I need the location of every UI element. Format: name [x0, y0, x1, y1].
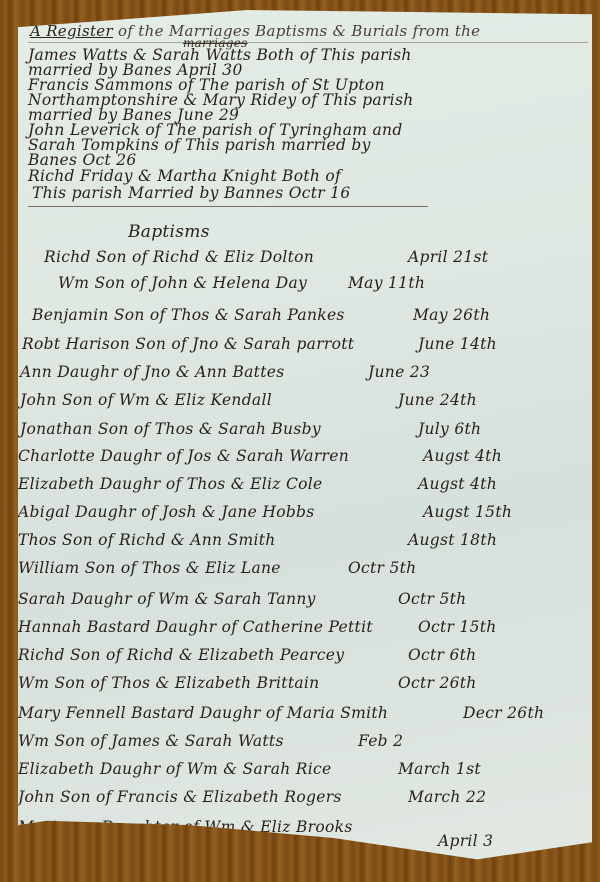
baptism-date: Feb 2	[358, 732, 403, 750]
baptism-entry: Jonathan Son of Thos & Sarah Busby	[20, 420, 321, 438]
baptism-date: Octr 26th	[398, 674, 477, 692]
baptism-entry: Abigal Daughr of Josh & Jane Hobbs	[18, 503, 315, 521]
marriage-line: This parish Married by Bannes Octr 16	[32, 184, 351, 202]
baptism-entry: Robt Harison Son of Jno & Sarah parrott	[22, 335, 354, 353]
baptism-date: June 24th	[398, 391, 477, 409]
baptism-date: June 14th	[418, 335, 497, 353]
baptism-date: Octr 15th	[418, 618, 497, 636]
baptism-date: March 1st	[398, 760, 481, 778]
baptism-entry: Benjamin Son of Thos & Sarah Pankes	[32, 306, 345, 324]
baptism-entry: Elizabeth Daughr of Thos & Eliz Cole	[18, 475, 322, 493]
baptism-date: Augst 18th	[408, 531, 497, 549]
baptism-date: Augst 4th	[418, 475, 497, 493]
section-divider	[28, 206, 428, 207]
baptism-entry: Richd Son of Richd & Elizabeth Pearcey	[18, 646, 344, 664]
baptism-date: Octr 6th	[408, 646, 476, 664]
title-rule	[28, 42, 588, 43]
register-page: A Register of the Marriages Baptisms & B…	[18, 10, 592, 868]
baptisms-heading: Baptisms	[128, 222, 210, 242]
baptism-entry: Wm Son of James & Sarah Watts	[18, 732, 284, 750]
baptism-entry: Mary Fennell Bastard Daughr of Maria Smi…	[18, 704, 388, 722]
baptism-entry: Wm Son of Thos & Elizabeth Brittain	[18, 674, 319, 692]
register-title: A Register of the Marriages Baptisms & B…	[30, 22, 480, 40]
baptism-entry: William Son of Thos & Eliz Lane	[18, 559, 281, 577]
baptism-date: Augst 15th	[423, 503, 512, 521]
baptism-entry: Thos Son of Richd & Ann Smith	[18, 531, 276, 549]
baptism-date: April 3	[438, 832, 493, 850]
baptism-entry: Richd Son of Richd & Eliz Dolton	[44, 248, 314, 266]
baptism-entry: John Son of Francis & Elizabeth Rogers	[18, 788, 342, 806]
baptism-date: Octr 5th	[398, 590, 466, 608]
baptism-date: Augst 4th	[423, 447, 502, 465]
baptism-date: July 6th	[418, 420, 481, 438]
baptism-entry: John Son of Wm & Eliz Kendall	[20, 391, 272, 409]
baptism-date: May 26th	[413, 306, 490, 324]
title-rest: of the Marriages Baptisms & Burials from…	[118, 22, 480, 40]
baptism-entry: Sarah Daughr of Wm & Sarah Tanny	[18, 590, 316, 608]
marriage-line: Richd Friday & Martha Knight Both of	[28, 167, 341, 185]
baptism-entry: Charlotte Daughr of Jos & Sarah Warren	[18, 447, 349, 465]
baptism-date: March 22	[408, 788, 486, 806]
baptism-entry: Wm Son of John & Helena Day	[58, 274, 307, 292]
baptism-date: May 11th	[348, 274, 425, 292]
baptism-entry: Elizabeth Daughr of Wm & Sarah Rice	[18, 760, 331, 778]
baptism-entry: Hannah Bastard Daughr of Catherine Petti…	[18, 618, 373, 636]
baptism-entry: Ann Daughr of Jno & Ann Battes	[20, 363, 284, 381]
baptism-date: April 21st	[408, 248, 488, 266]
baptism-date: Octr 5th	[348, 559, 416, 577]
baptism-date: June 23	[368, 363, 430, 381]
baptism-date: Decr 26th	[463, 704, 544, 722]
